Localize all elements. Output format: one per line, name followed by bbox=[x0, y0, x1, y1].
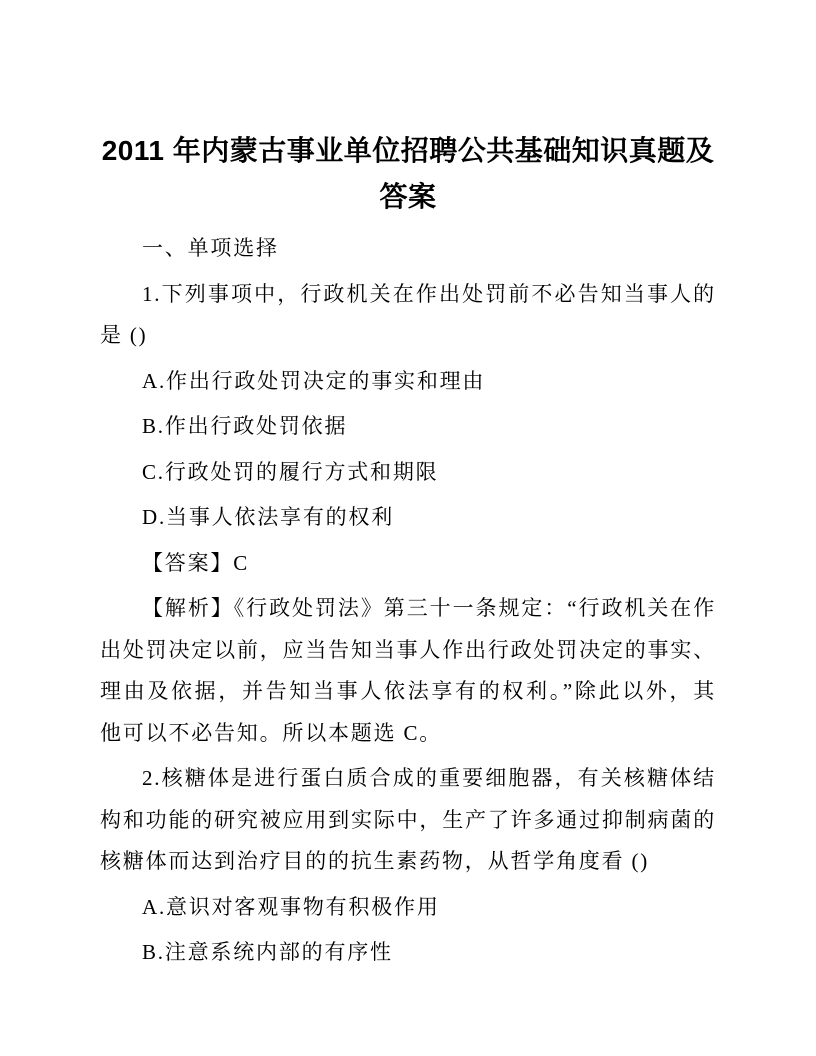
question-2-stem: 2.核糖体是进行蛋白质合成的重要细胞器，有关核糖体结构和功能的研究被应用到实际中… bbox=[100, 758, 716, 883]
question-2-option-a: A.意识对客观事物有积极作用 bbox=[100, 887, 716, 929]
section-heading: 一、单项选择 bbox=[100, 228, 716, 270]
question-1-stem: 1.下列事项中，行政机关在作出处罚前不必告知当事人的是 () bbox=[100, 274, 716, 357]
question-1-option-b: B.作出行政处罚依据 bbox=[100, 406, 716, 448]
document-page: 2011 年内蒙古事业单位招聘公共基础知识真题及答案 一、单项选择 1.下列事项… bbox=[0, 0, 816, 1056]
question-2-option-b: B.注意系统内部的有序性 bbox=[100, 932, 716, 974]
question-1-option-d: D.当事人依法享有的权利 bbox=[100, 497, 716, 539]
question-1-option-a: A.作出行政处罚决定的事实和理由 bbox=[100, 361, 716, 403]
document-title: 2011 年内蒙古事业单位招聘公共基础知识真题及答案 bbox=[100, 128, 716, 220]
question-1-option-c: C.行政处罚的履行方式和期限 bbox=[100, 452, 716, 494]
question-1-analysis: 【解析】《行政处罚法》第三十一条规定：“行政机关在作出处罚决定以前，应当告知当事… bbox=[100, 588, 716, 754]
question-1-answer: 【答案】C bbox=[100, 543, 716, 585]
